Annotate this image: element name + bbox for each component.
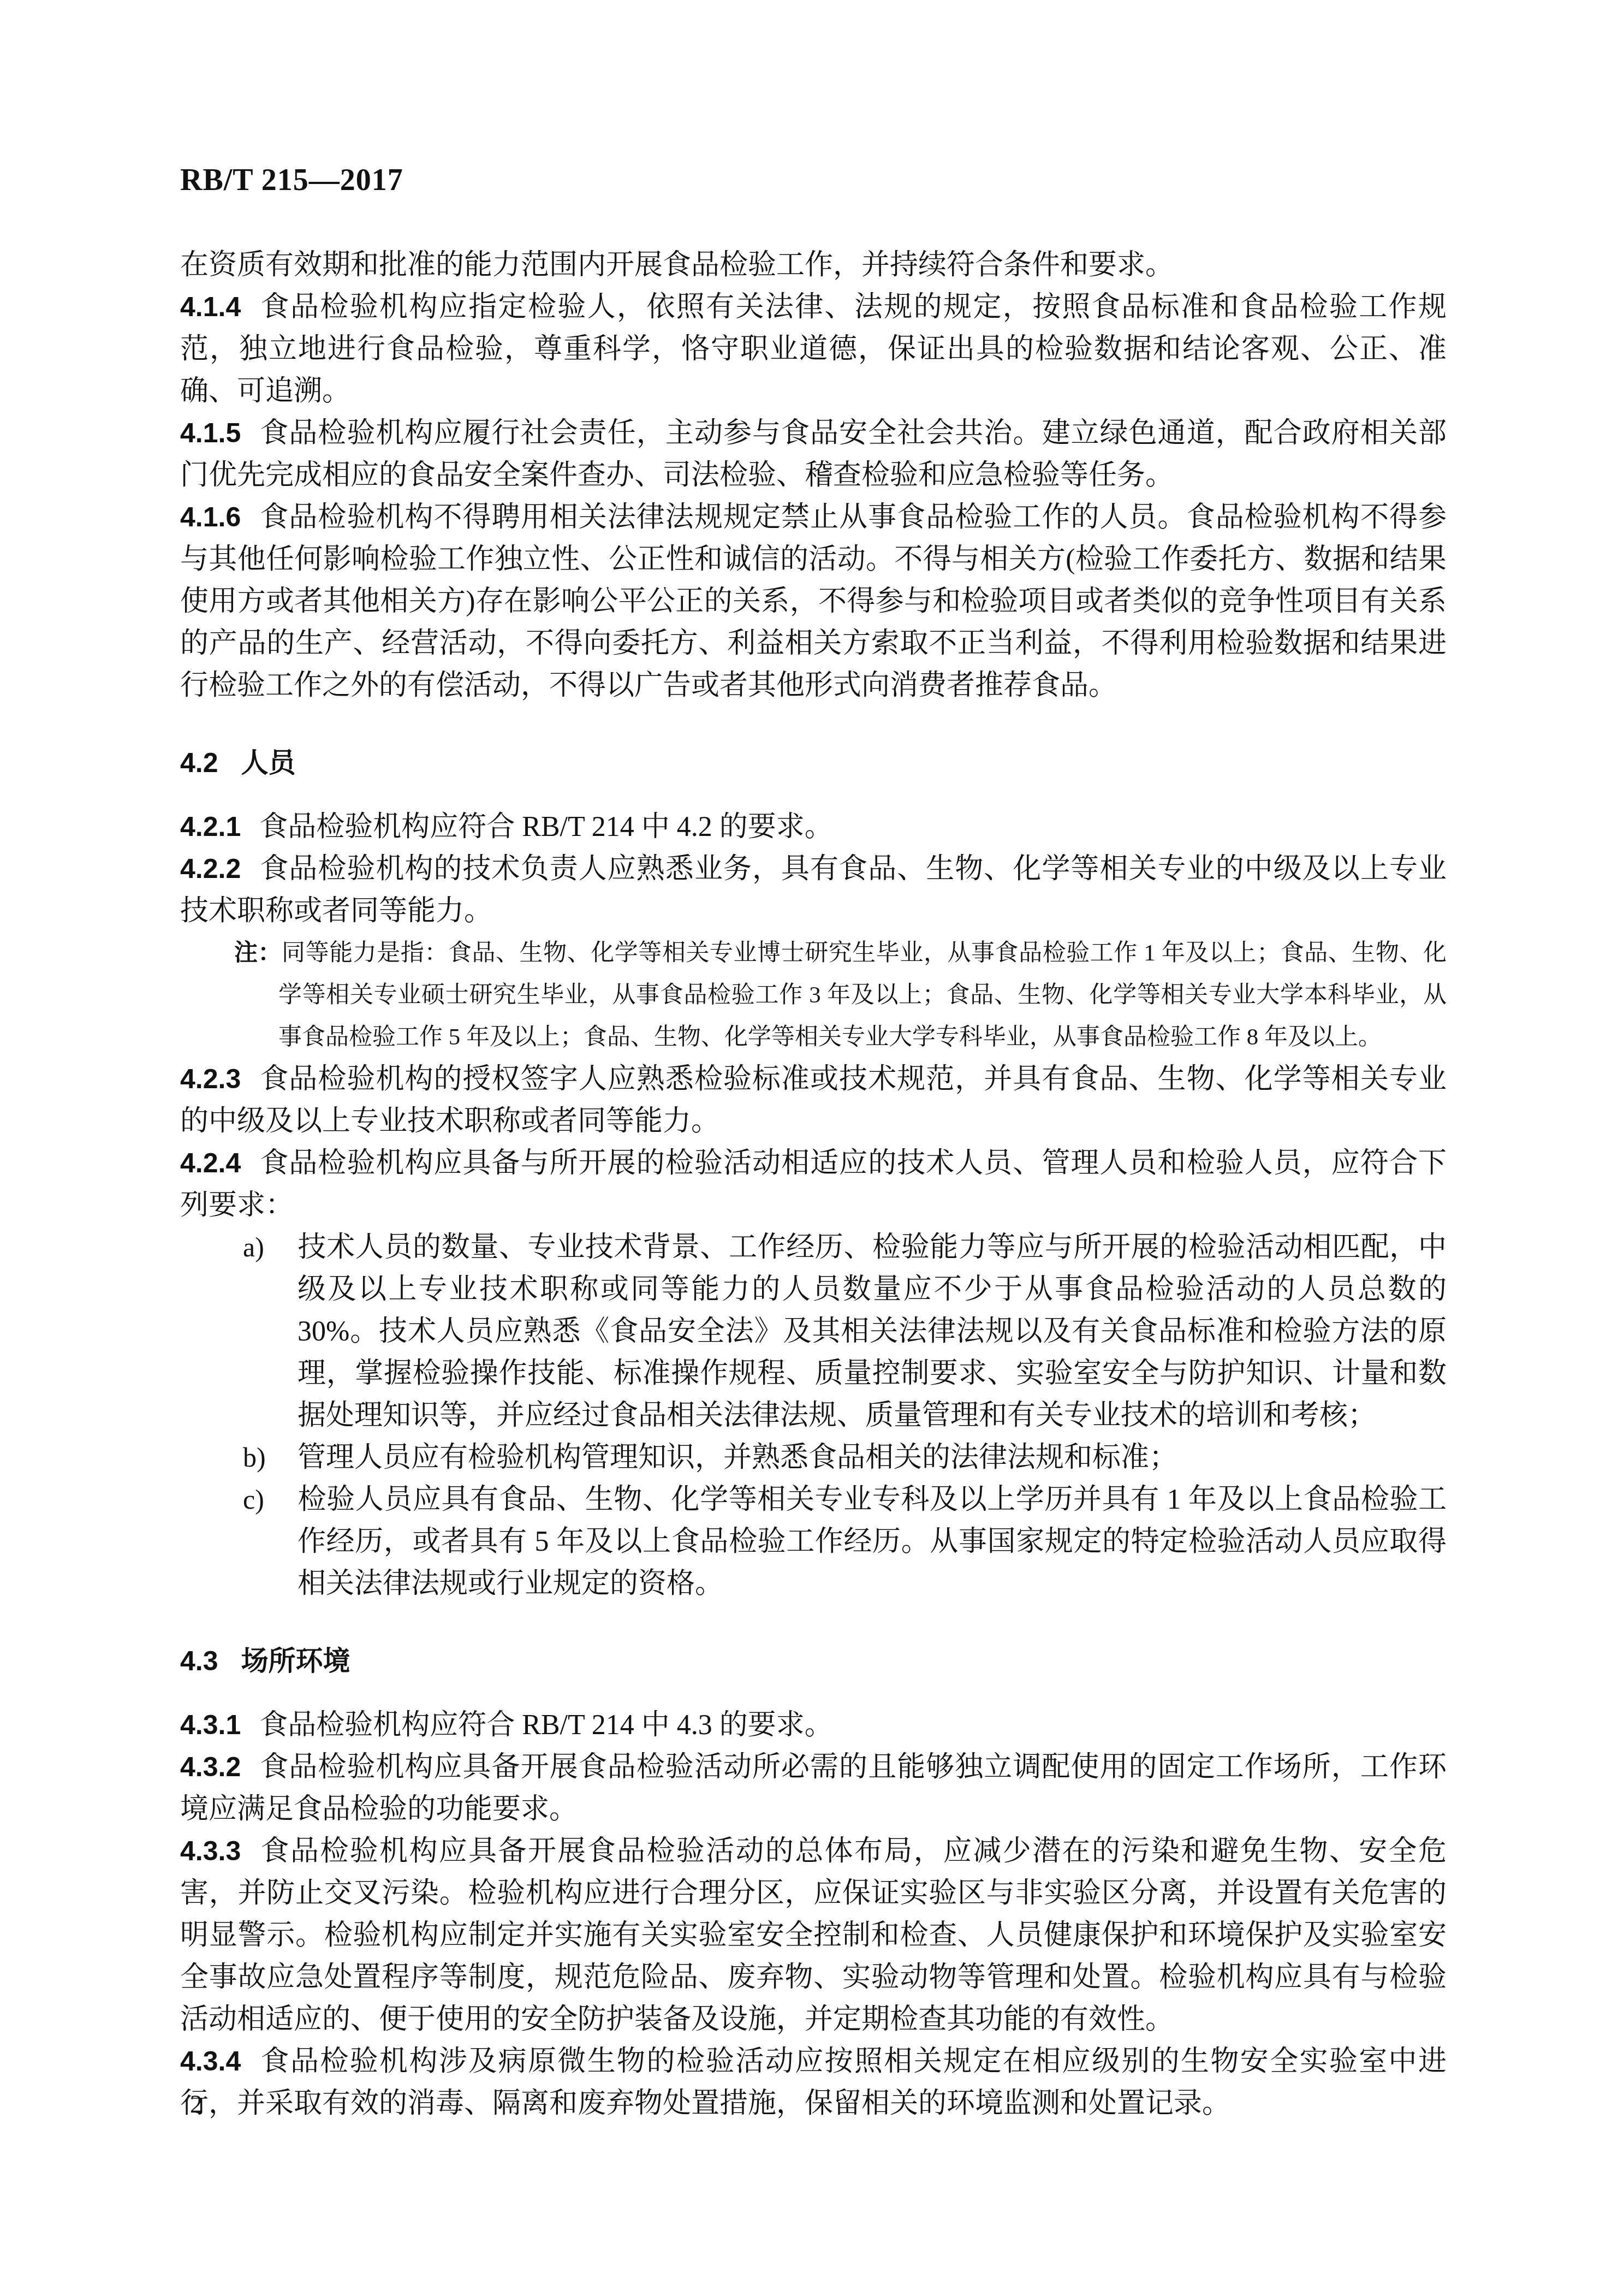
clause-text: 食品检验机构应具备开展食品检验活动所必需的且能够独立调配使用的固定工作场所，工作… xyxy=(180,1752,1447,1825)
list-item-text: 检验人员应具有食品、生物、化学等相关专业专科及以上学历并具有 1 年及以上食品检… xyxy=(298,1484,1447,1599)
document-page: RB/T 215—2017 在资质有效期和批准的能力范围内开展食品检验工作，并持… xyxy=(0,0,1624,2296)
clause-4-1-6: 4.1.6食品检验机构不得聘用相关法律法规规定禁止从事食品检验工作的人员。食品检… xyxy=(180,496,1447,707)
clause-4-3-1: 4.3.1食品检验机构应符合 RB/T 214 中 4.3 的要求。 xyxy=(180,1704,1447,1746)
list-marker: a) xyxy=(243,1226,298,1268)
clause-4-2-3: 4.2.3食品检验机构的授权签字人应熟悉检验标准或技术规范，并具有食品、生物、化… xyxy=(180,1058,1447,1142)
clause-text: 食品检验机构涉及病原微生物的检验活动应按照相关规定在相应级别的生物安全实验室中进… xyxy=(180,2046,1447,2119)
list-marker: c) xyxy=(243,1479,298,1521)
paragraph-continued-intro: 在资质有效期和批准的能力范围内开展食品检验工作，并持续符合条件和要求。 xyxy=(180,244,1447,286)
list-item-text: 技术人员的数量、专业技术背景、工作经历、检验能力等应与所开展的检验活动相匹配，中… xyxy=(298,1232,1447,1431)
list-item-a: a)技术人员的数量、专业技术背景、工作经历、检验能力等应与所开展的检验活动相匹配… xyxy=(180,1226,1447,1437)
clause-text: 食品检验机构的授权签字人应熟悉检验标准或技术规范，并具有食品、生物、化学等相关专… xyxy=(180,1064,1447,1137)
section-heading-4-2: 4.2人员 xyxy=(180,742,1447,784)
clause-number: 4.3.4 xyxy=(180,2046,241,2077)
note-text: 同等能力是指：食品、生物、化学等相关专业博士研究生毕业，从事食品检验工作 1 年… xyxy=(278,940,1447,1050)
page-number: 2 xyxy=(190,2088,203,2121)
clause-text: 食品检验机构应符合 RB/T 214 中 4.3 的要求。 xyxy=(259,1710,833,1741)
clause-text: 食品检验机构应指定检验人，依照有关法律、法规的规定，按照食品标准和食品检验工作规… xyxy=(180,292,1447,407)
section-title: 场所环境 xyxy=(241,1646,350,1676)
note-label: 注： xyxy=(234,940,282,966)
clause-4-2-1: 4.2.1食品检验机构应符合 RB/T 214 中 4.2 的要求。 xyxy=(180,806,1447,848)
list-item-b: b)管理人员应有检验机构管理知识，并熟悉食品相关的法律法规和标准； xyxy=(180,1437,1447,1479)
clause-4-3-3: 4.3.3食品检验机构应具备开展食品检验活动的总体布局，应减少潜在的污染和避免生… xyxy=(180,1830,1447,2040)
clause-number: 4.1.4 xyxy=(180,292,241,322)
list-item-text: 管理人员应有检验机构管理知识，并熟悉食品相关的法律法规和标准； xyxy=(298,1442,1177,1473)
clause-4-3-4: 4.3.4食品检验机构涉及病原微生物的检验活动应按照相关规定在相应级别的生物安全… xyxy=(180,2040,1447,2125)
clause-number: 4.1.5 xyxy=(180,418,241,448)
clause-text: 食品检验机构的技术负责人应熟悉业务，具有食品、生物、化学等相关专业的中级及以上专… xyxy=(180,853,1447,927)
clause-number: 4.2.4 xyxy=(180,1148,241,1178)
clause-text: 食品检验机构应具备开展食品检验活动的总体布局，应减少潜在的污染和避免生物、安全危… xyxy=(180,1836,1447,2035)
standard-number-header: RB/T 215—2017 xyxy=(180,163,403,198)
paragraph-text: 在资质有效期和批准的能力范围内开展食品检验工作，并持续符合条件和要求。 xyxy=(180,250,1174,281)
clause-number: 4.3.2 xyxy=(180,1752,241,1782)
clause-4-1-4: 4.1.4食品检验机构应指定检验人，依照有关法律、法规的规定，按照食品标准和食品… xyxy=(180,286,1447,412)
list-marker: b) xyxy=(243,1437,298,1479)
clause-4-2-2: 4.2.2食品检验机构的技术负责人应熟悉业务，具有食品、生物、化学等相关专业的中… xyxy=(180,848,1447,932)
clause-4-1-5: 4.1.5食品检验机构应履行社会责任，主动参与食品安全社会共治。建立绿色通道，配… xyxy=(180,412,1447,496)
section-title: 人员 xyxy=(241,747,296,778)
section-number: 4.2 xyxy=(180,747,218,778)
clause-number: 4.2.2 xyxy=(180,853,241,884)
section-heading-4-3: 4.3场所环境 xyxy=(180,1640,1447,1682)
list-item-c: c)检验人员应具有食品、生物、化学等相关专业专科及以上学历并具有 1 年及以上食… xyxy=(180,1479,1447,1605)
clause-number: 4.2.1 xyxy=(180,811,241,842)
clause-text: 食品检验机构应履行社会责任，主动参与食品安全社会共治。建立绿色通道，配合政府相关… xyxy=(180,418,1447,491)
clause-number: 4.3.1 xyxy=(180,1710,241,1740)
section-number: 4.3 xyxy=(180,1646,218,1676)
clause-text: 食品检验机构应具备与所开展的检验活动相适应的技术人员、管理人员和检验人员，应符合… xyxy=(180,1148,1447,1221)
clause-4-2-4: 4.2.4食品检验机构应具备与所开展的检验活动相适应的技术人员、管理人员和检验人… xyxy=(180,1142,1447,1226)
clause-number: 4.3.3 xyxy=(180,1836,241,1866)
note-equivalent-ability: 注：同等能力是指：食品、生物、化学等相关专业博士研究生毕业，从事食品检验工作 1… xyxy=(180,932,1447,1058)
clause-number: 4.2.3 xyxy=(180,1064,241,1094)
clause-text: 食品检验机构不得聘用相关法律法规规定禁止从事食品检验工作的人员。食品检验机构不得… xyxy=(180,502,1447,701)
clause-number: 4.1.6 xyxy=(180,502,241,532)
clause-4-3-2: 4.3.2食品检验机构应具备开展食品检验活动所必需的且能够独立调配使用的固定工作… xyxy=(180,1746,1447,1830)
clause-text: 食品检验机构应符合 RB/T 214 中 4.2 的要求。 xyxy=(259,811,833,843)
document-body: 在资质有效期和批准的能力范围内开展食品检验工作，并持续符合条件和要求。 4.1.… xyxy=(180,244,1447,2125)
